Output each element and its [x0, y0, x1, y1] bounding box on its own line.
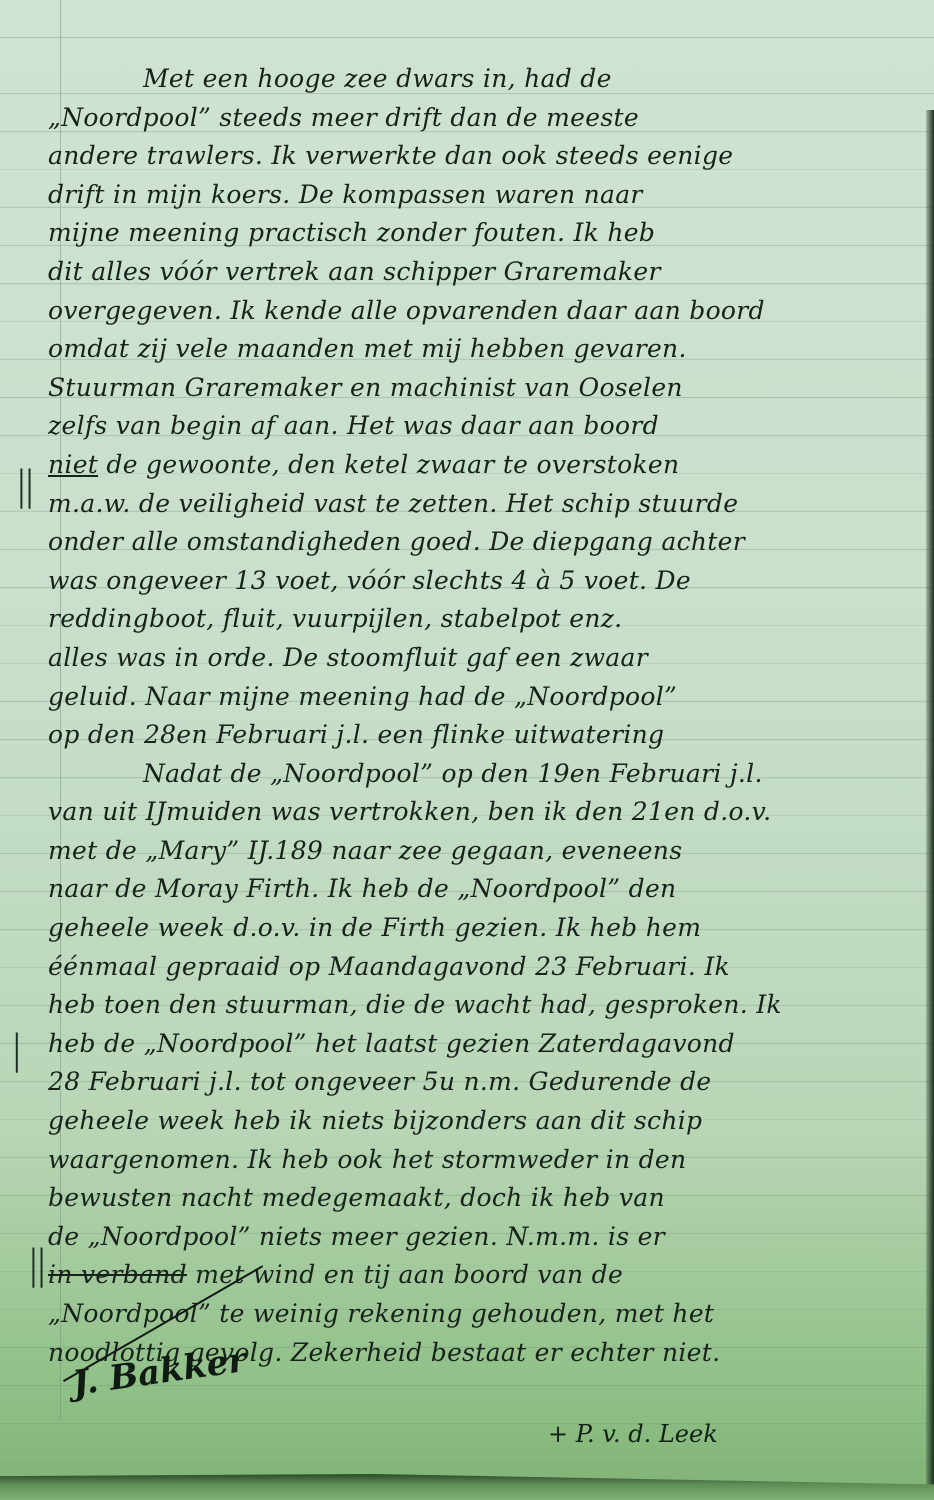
line-text: „Noordpool” te weinig rekening gehouden,… — [48, 1299, 714, 1328]
margin-mark-double: || — [17, 466, 33, 506]
line-text: van uit IJmuiden was vertrokken, ben ik … — [48, 797, 771, 826]
line-text: „Noordpool” steeds meer drift dan de mee… — [48, 103, 639, 132]
line-text: geluid. Naar mijne meening had de „Noord… — [48, 682, 677, 711]
witness-initials: + P. v. d. Leek — [548, 1420, 718, 1448]
line-text: m.a.w. de veiligheid vast te zetten. Het… — [48, 489, 738, 518]
text-line: 28 Februari j.l. tot ongeveer 5u n.m. Ge… — [48, 1063, 908, 1102]
text-line: reddingboot, fluit, vuurpijlen, stabelpo… — [48, 600, 908, 639]
text-line: heb de „Noordpool” het laatst gezien Zat… — [48, 1025, 908, 1064]
underlined-word: niet — [48, 450, 98, 479]
line-text: niet de gewoonte, den ketel zwaar te ove… — [48, 450, 679, 479]
line-text: alles was in orde. De stoomfluit gaf een… — [48, 643, 648, 672]
text-line: zelfs van begin af aan. Het was daar aan… — [48, 407, 908, 446]
line-text: reddingboot, fluit, vuurpijlen, stabelpo… — [48, 604, 622, 633]
text-line: Met een hooge zee dwars in, had de — [48, 60, 908, 99]
text-line: „Noordpool” steeds meer drift dan de mee… — [48, 99, 908, 138]
text-line: naar de Moray Firth. Ik heb de „Noordpoo… — [48, 870, 908, 909]
line-text: waargenomen. Ik heb ook het stormweder i… — [48, 1145, 686, 1174]
text-line: bewusten nacht medegemaakt, doch ik heb … — [48, 1179, 908, 1218]
line-text: andere trawlers. Ik verwerkte dan ook st… — [48, 141, 733, 170]
text-line: heb toen den stuurman, die de wacht had,… — [48, 986, 908, 1025]
line-text: de „Noordpool” niets meer gezien. N.m.m.… — [48, 1222, 665, 1251]
line-text: op den 28en Februari j.l. een flinke uit… — [48, 720, 664, 749]
struck-text: in verband — [48, 1260, 187, 1289]
text-line: dit alles vóór vertrek aan schipper Grar… — [48, 253, 908, 292]
text-line: andere trawlers. Ik verwerkte dan ook st… — [48, 137, 908, 176]
line-text: Nadat de „Noordpool” op den 19en Februar… — [143, 759, 763, 788]
text-line: geheele week heb ik niets bijzonders aan… — [48, 1102, 908, 1141]
text-line: van uit IJmuiden was vertrokken, ben ik … — [48, 793, 908, 832]
text-line: op den 28en Februari j.l. een flinke uit… — [48, 716, 908, 755]
line-text: drift in mijn koers. De kompassen waren … — [48, 180, 643, 209]
margin-mark-single: | — [13, 1030, 21, 1070]
text-line: onder alle omstandigheden goed. De diepg… — [48, 523, 908, 562]
handwritten-body: Met een hooge zee dwars in, had de„Noord… — [48, 60, 908, 1372]
line-text: heb de „Noordpool” het laatst gezien Zat… — [48, 1029, 735, 1058]
text-line: waargenomen. Ik heb ook het stormweder i… — [48, 1141, 908, 1180]
page-bottom-fold — [0, 1474, 934, 1500]
text-line: de „Noordpool” niets meer gezien. N.m.m.… — [48, 1218, 908, 1257]
text-line: geluid. Naar mijne meening had de „Noord… — [48, 678, 908, 717]
line-text: was ongeveer 13 voet, vóór slechts 4 à 5… — [48, 566, 691, 595]
text-line: geheele week d.o.v. in de Firth gezien. … — [48, 909, 908, 948]
text-line: Stuurman Graremaker en machinist van Oos… — [48, 369, 908, 408]
text-line: alles was in orde. De stoomfluit gaf een… — [48, 639, 908, 678]
page-edge-shadow — [926, 110, 934, 1500]
line-text: geheele week d.o.v. in de Firth gezien. … — [48, 913, 701, 942]
margin-mark-double: || — [29, 1245, 45, 1285]
text-line: niet de gewoonte, den ketel zwaar te ove… — [48, 446, 908, 485]
text-line: Nadat de „Noordpool” op den 19en Februar… — [48, 755, 908, 794]
line-text: 28 Februari j.l. tot ongeveer 5u n.m. Ge… — [48, 1067, 712, 1096]
text-line: éénmaal gepraaid op Maandagavond 23 Febr… — [48, 948, 908, 987]
line-text: mijne meening practisch zonder fouten. I… — [48, 218, 655, 247]
text-line: overgegeven. Ik kende alle opvarenden da… — [48, 292, 908, 331]
text-line: m.a.w. de veiligheid vast te zetten. Het… — [48, 485, 908, 524]
line-text: Met een hooge zee dwars in, had de — [143, 64, 612, 93]
line-text: bewusten nacht medegemaakt, doch ik heb … — [48, 1183, 665, 1212]
line-text: geheele week heb ik niets bijzonders aan… — [48, 1106, 702, 1135]
line-text: Stuurman Graremaker en machinist van Oos… — [48, 373, 683, 402]
text-line: was ongeveer 13 voet, vóór slechts 4 à 5… — [48, 562, 908, 601]
text-line: in verband met wind en tij aan boord van… — [48, 1256, 908, 1295]
text-line: met de „Mary” IJ.189 naar zee gegaan, ev… — [48, 832, 908, 871]
line-text: dit alles vóór vertrek aan schipper Grar… — [48, 257, 661, 286]
line-text: omdat zij vele maanden met mij hebben ge… — [48, 334, 687, 363]
text-line: omdat zij vele maanden met mij hebben ge… — [48, 330, 908, 369]
line-text: heb toen den stuurman, die de wacht had,… — [48, 990, 782, 1019]
line-text: met de „Mary” IJ.189 naar zee gegaan, ev… — [48, 836, 682, 865]
text-line: mijne meening practisch zonder fouten. I… — [48, 214, 908, 253]
text-line: drift in mijn koers. De kompassen waren … — [48, 176, 908, 215]
line-text: overgegeven. Ik kende alle opvarenden da… — [48, 296, 765, 325]
document-page: Met een hooge zee dwars in, had de„Noord… — [0, 0, 934, 1500]
line-text: éénmaal gepraaid op Maandagavond 23 Febr… — [48, 952, 730, 981]
line-text: met wind en tij aan boord van de — [195, 1260, 623, 1289]
line-text: naar de Moray Firth. Ik heb de „Noordpoo… — [48, 874, 676, 903]
line-text: zelfs van begin af aan. Het was daar aan… — [48, 411, 659, 440]
line-text: onder alle omstandigheden goed. De diepg… — [48, 527, 745, 556]
